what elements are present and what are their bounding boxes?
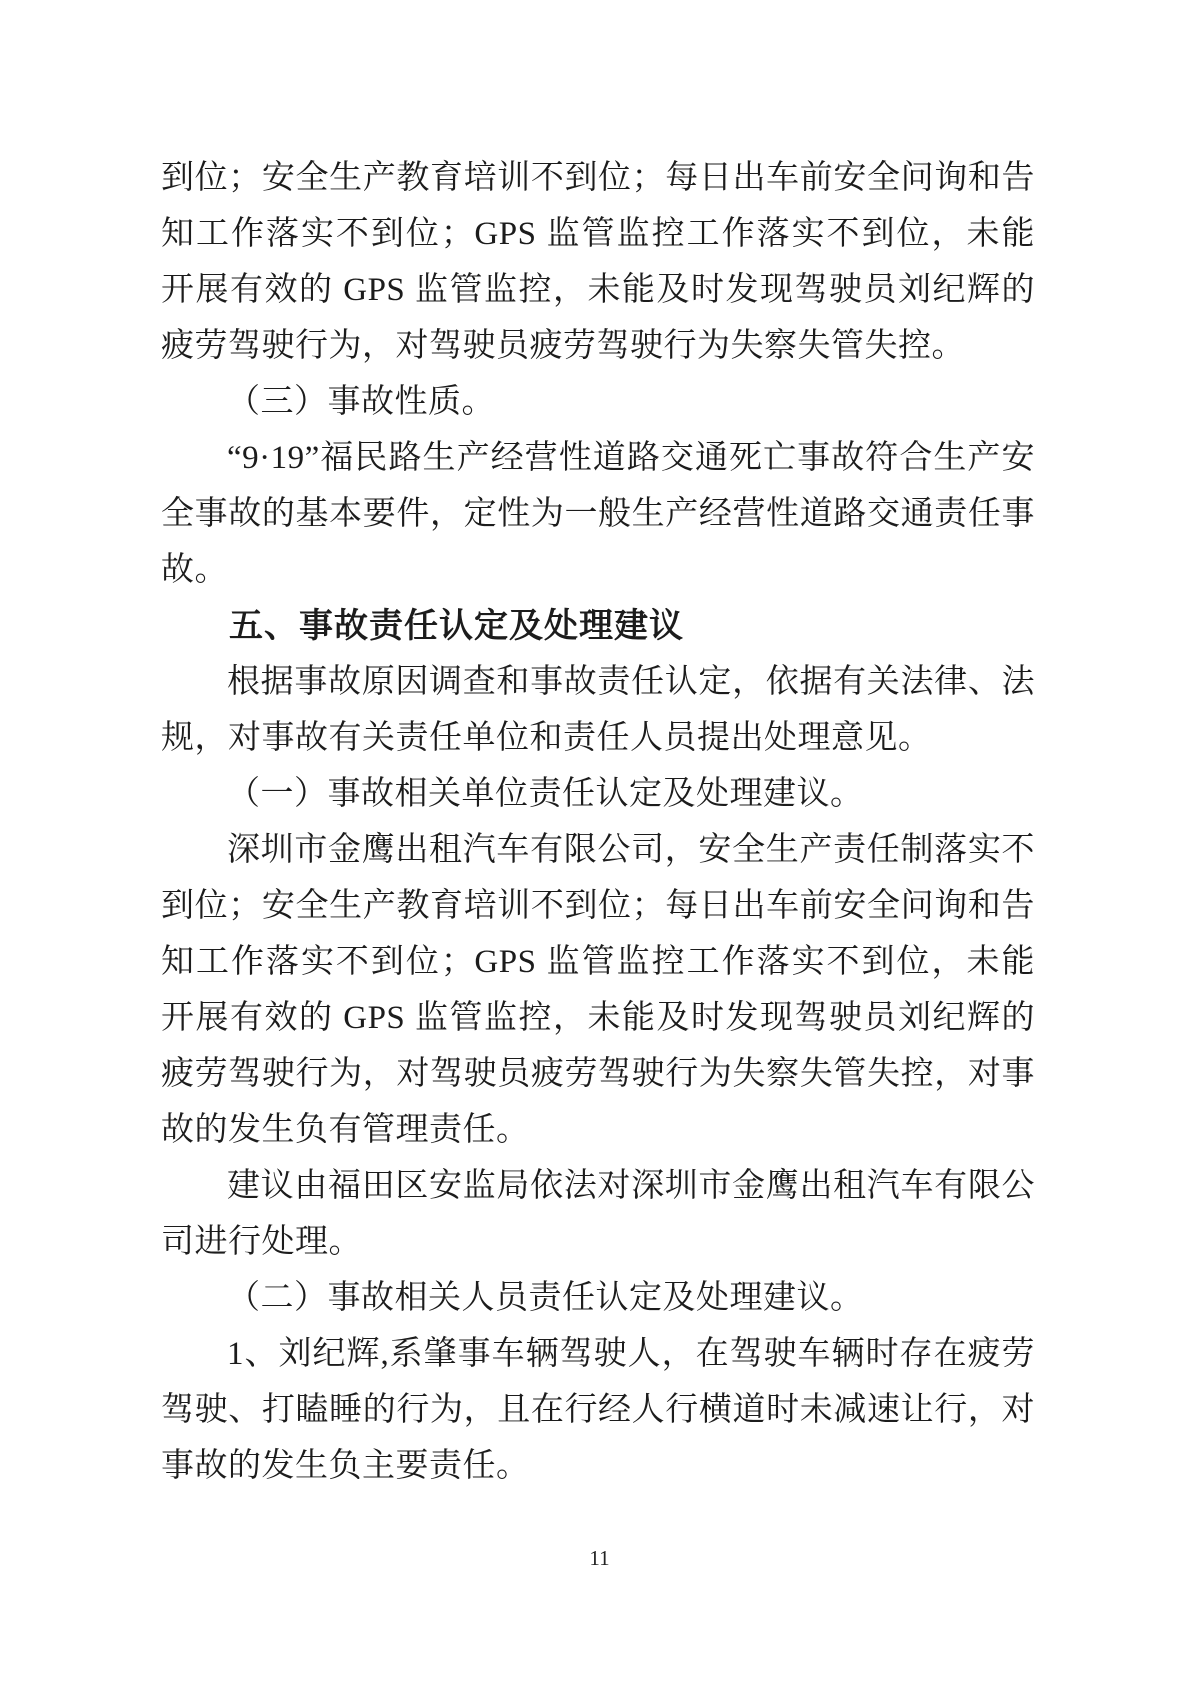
paragraph: 到位；安全生产教育培训不到位；每日出车前安全问询和告知工作落实不到位；GPS 监…: [161, 150, 1035, 374]
paragraph: （三）事故性质。: [161, 374, 1035, 430]
paragraph: （二）事故相关人员责任认定及处理建议。: [161, 1270, 1035, 1326]
document-page: 到位；安全生产教育培训不到位；每日出车前安全问询和告知工作落实不到位；GPS 监…: [0, 0, 1199, 1696]
paragraph: （一）事故相关单位责任认定及处理建议。: [161, 766, 1035, 822]
paragraph: 建议由福田区安监局依法对深圳市金鹰出租汽车有限公司进行处理。: [161, 1158, 1035, 1270]
page-number: 11: [0, 1543, 1199, 1573]
paragraph: “9·19”福民路生产经营性道路交通死亡事故符合生产安全事故的基本要件，定性为一…: [161, 430, 1035, 598]
paragraph: 深圳市金鹰出租汽车有限公司，安全生产责任制落实不到位；安全生产教育培训不到位；每…: [161, 822, 1035, 1158]
document-body: 到位；安全生产教育培训不到位；每日出车前安全问询和告知工作落实不到位；GPS 监…: [161, 150, 1035, 1494]
paragraph: 根据事故原因调查和事故责任认定，依据有关法律、法规，对事故有关责任单位和责任人员…: [161, 654, 1035, 766]
paragraph: 1、刘纪辉,系肇事车辆驾驶人，在驾驶车辆时存在疲劳驾驶、打瞌睡的行为，且在行经人…: [161, 1326, 1035, 1494]
section-heading: 五、事故责任认定及处理建议: [161, 598, 1035, 654]
